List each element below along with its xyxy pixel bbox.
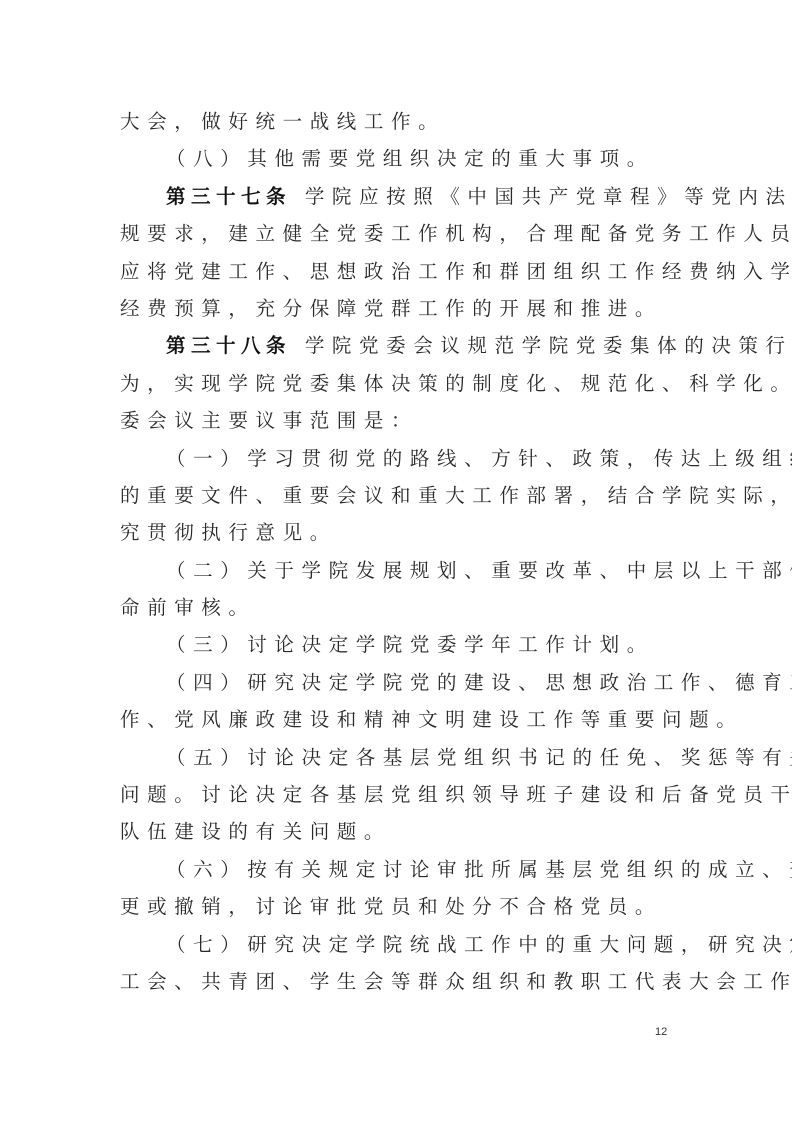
list-item-1: （一）学习贯彻党的路线、方针、政策，传达上级组织 [120,440,674,477]
article-37-heading-line: 第三十七条 学院应按照《中国共产党章程》等党内法 [120,178,674,215]
text-line: 工会、共青团、学生会等群众组织和教职工代表大会工作中 [120,963,674,1000]
list-item-8: （八）其他需要党组织决定的重大事项。 [120,140,674,177]
text-line: 问题。讨论决定各基层党组织领导班子建设和后备党员干部 [120,776,674,813]
text-line: 应将党建工作、思想政治工作和群团组织工作经费纳入学院 [120,253,674,290]
article-38-heading-line: 第三十八条 学院党委会议规范学院党委集体的决策行 [120,327,674,364]
list-item-7: （七）研究决定学院统战工作中的重大问题，研究决定 [120,926,674,963]
article-text: 学院应按照《中国共产党章程》等党内法 [291,185,792,208]
text-line: 队伍建设的有关问题。 [120,813,674,850]
article-text: 学院党委会议规范学院党委集体的决策行 [291,334,792,357]
text-line: 作、党风廉政建设和精神文明建设工作等重要问题。 [120,701,674,738]
body-text: 大会，做好统一战线工作。 （八）其他需要党组织决定的重大事项。 第三十七条 学院… [120,103,674,1000]
text-line: 究贯彻执行意见。 [120,514,674,551]
text-line: 规要求，建立健全党委工作机构，合理配备党务工作人员， [120,215,674,252]
text-line: 大会，做好统一战线工作。 [120,103,674,140]
article-number: 第三十七条 [166,185,291,208]
page-number: 12 [655,1026,667,1038]
list-item-5: （五）讨论决定各基层党组织书记的任免、奖惩等有关 [120,739,674,776]
article-number: 第三十八条 [166,334,291,357]
text-line: 委会议主要议事范围是： [120,402,674,439]
text-line: 命前审核。 [120,589,674,626]
text-line: 为，实现学院党委集体决策的制度化、规范化、科学化。党 [120,365,674,402]
list-item-4: （四）研究决定学院党的建设、思想政治工作、德育工 [120,664,674,701]
text-line: 的重要文件、重要会议和重大工作部署，结合学院实际，研 [120,477,674,514]
list-item-3: （三）讨论决定学院党委学年工作计划。 [120,626,674,663]
list-item-6: （六）按有关规定讨论审批所属基层党组织的成立、变 [120,851,674,888]
document-page: 大会，做好统一战线工作。 （八）其他需要党组织决定的重大事项。 第三十七条 学院… [0,0,792,1122]
text-line: 更或撤销，讨论审批党员和处分不合格党员。 [120,888,674,925]
list-item-2: （二）关于学院发展规划、重要改革、中层以上干部任 [120,552,674,589]
text-line: 经费预算，充分保障党群工作的开展和推进。 [120,290,674,327]
